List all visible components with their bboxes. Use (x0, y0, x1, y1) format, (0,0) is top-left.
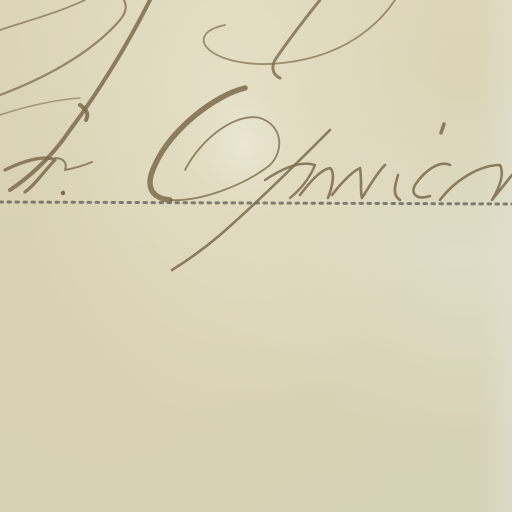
flourish-top-center-2 (204, 0, 395, 64)
letter-u (332, 165, 385, 198)
letter-O-thick (150, 88, 245, 200)
letter-i-dot (441, 124, 444, 133)
flourish-top-left-2 (0, 0, 85, 30)
letter-i-stroke (395, 175, 400, 200)
letter-O-thin (170, 117, 279, 200)
letter-h-tail (55, 158, 92, 170)
flourish-top-left (0, 0, 126, 95)
letter-n (440, 165, 512, 200)
flourish-top-center (273, 0, 320, 78)
handwriting-ink (0, 0, 512, 512)
dotted-rule (0, 202, 512, 204)
letter-p-descender (172, 130, 330, 270)
letter-c (413, 164, 450, 198)
period-dot (61, 191, 65, 195)
document-page: ...h. Opicn... (0, 0, 512, 512)
flourish-top-left-3 (0, 98, 80, 115)
